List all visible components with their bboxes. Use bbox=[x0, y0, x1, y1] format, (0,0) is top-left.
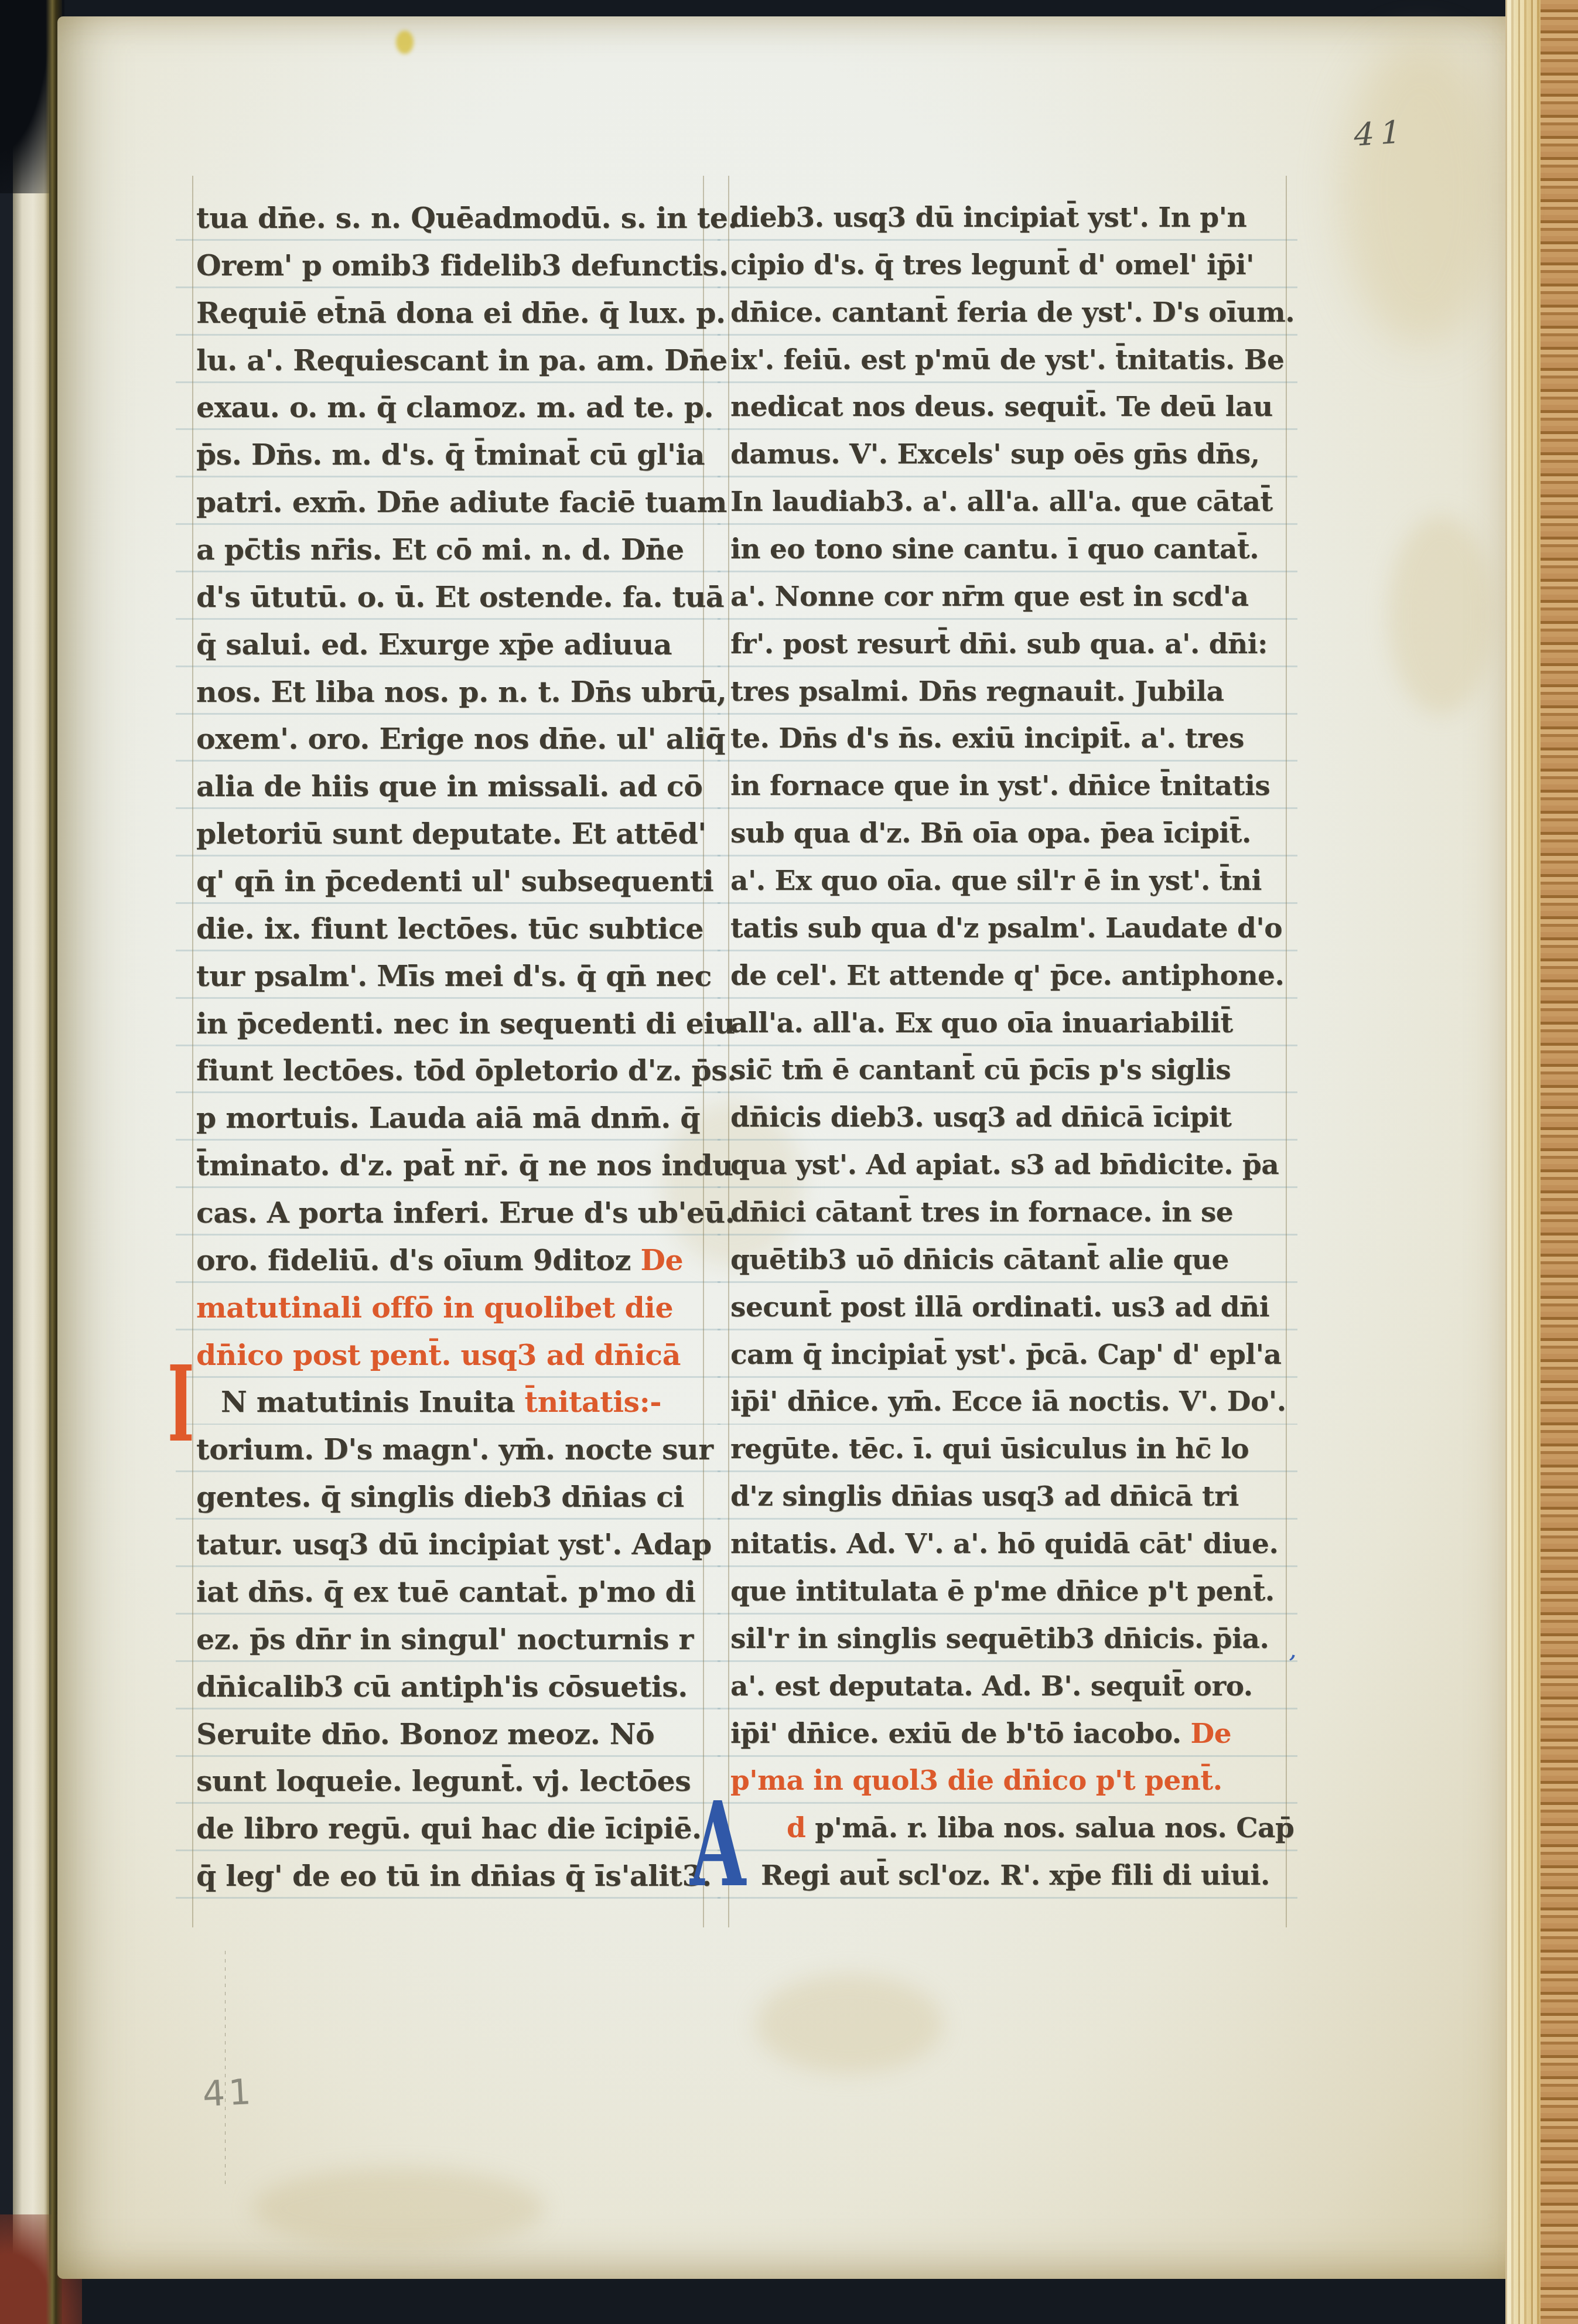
text-line: nitatis. Ad. V'. a'. hō quidā cāt' diue. bbox=[730, 1521, 1287, 1568]
text-line: cas. A porta inferi. Erue d's ub'eū. bbox=[196, 1189, 706, 1237]
body-text: nos. Et liba nos. p. n. t. Dn̄s ubrū, bbox=[196, 675, 726, 709]
body-text: d's ūtutū. o. ū. Et ostende. fa. tuā bbox=[196, 580, 724, 614]
rubric-text: t̄nitatis:- bbox=[525, 1385, 662, 1419]
text-line: oxem'. oro. Erige nos dn̄e. ul' aliq̄ bbox=[196, 715, 706, 763]
body-text: Orem' p omib3 fidelib3 defunctis. bbox=[196, 248, 728, 282]
text-line: oro. fideliū. d's oīum 9ditoz De bbox=[196, 1237, 706, 1284]
body-text: tur psalm'. Mīs mei d's. q̄ qn̄ nec bbox=[196, 959, 712, 993]
text-line: d's ūtutū. o. ū. Et ostende. fa. tuā bbox=[196, 574, 706, 621]
text-line: cam q̄ incipiat̄ yst'. p̄cā. Cap' d' epl… bbox=[730, 1332, 1287, 1379]
text-line: p̄s. Dn̄s. m. d's. q̄ t̄minat̄ cū gl'ia bbox=[196, 431, 706, 479]
body-text: alia de hiis que in missali. ad cō bbox=[196, 769, 703, 803]
body-text: Requiē et̄nā dona ei dn̄e. q̄ lux. p. bbox=[196, 296, 726, 330]
body-text: d'z singlis dn̄ias usq3 ad dn̄icā tri bbox=[730, 1480, 1239, 1513]
column-rule bbox=[192, 176, 193, 1927]
body-text: gentes. q̄ singlis dieb3 dn̄ias ci bbox=[196, 1480, 684, 1514]
body-text: lu. a'. Requiescant in pa. am. Dn̄e bbox=[196, 343, 727, 377]
rubric-text: De bbox=[640, 1243, 683, 1277]
body-text: secunt̄ post illā ordinati. us3 ad dn̄i bbox=[730, 1291, 1269, 1323]
body-text: t̄minato. d'z. pat̄ nr̄. q̄ ne nos indu bbox=[196, 1148, 733, 1182]
text-line: dn̄icis dieb3. usq3 ad dn̄icā īcipit bbox=[730, 1094, 1287, 1142]
text-line: ip̄i' dn̄ice. ym̄. Ecce iā noctis. V'. D… bbox=[730, 1378, 1287, 1426]
text-line: dn̄icalib3 cū antiph'is cōsuetis. bbox=[196, 1663, 706, 1711]
body-text: sunt loqueie. legunt̄. vj. lectōes bbox=[196, 1764, 691, 1798]
text-line: p mortuis. Lauda aiā mā dnm̄. q̄ bbox=[196, 1094, 706, 1142]
text-line: tatur. usq3 dū incipiat yst'. Adap bbox=[196, 1521, 706, 1568]
fore-edge-stack bbox=[1541, 0, 1578, 2324]
column-rule bbox=[728, 176, 729, 1927]
body-text: de libro regū. qui hac die īcipiē. bbox=[196, 1811, 702, 1845]
body-text: te. Dn̄s d's n̄s. exiū incipit̄. a'. tre… bbox=[730, 722, 1244, 755]
body-text: oro. fideliū. d's oīum 9ditoz bbox=[196, 1243, 640, 1277]
rubric-text: dn̄ico post pent̄. usq3 ad dn̄icā bbox=[196, 1338, 681, 1372]
parchment-stain bbox=[756, 1974, 943, 2074]
manuscript-photo: 41 41 tua dn̄e. s. n. Quēadmodū. s. in t… bbox=[0, 0, 1578, 2324]
body-text: dn̄icalib3 cū antiph'is cōsuetis. bbox=[196, 1670, 688, 1704]
body-text: patri. exm̄. Dn̄e adiute faciē tuam bbox=[196, 485, 727, 519]
text-line: Regi aut̄ scl'oz. R'. xp̄e fili di uiui. bbox=[730, 1852, 1287, 1900]
body-text: damus. V'. Excels' sup oēs gn̄s dn̄s, bbox=[730, 438, 1260, 470]
body-text: a'. est deputata. Ad. B'. sequit̄ oro. bbox=[730, 1670, 1253, 1702]
text-line: torium. D's magn'. ym̄. nocte sur bbox=[196, 1426, 706, 1473]
text-line: fiunt lectōes. tōd ōpletorio d'z. p̄s. bbox=[196, 1047, 706, 1094]
text-line: t̄minato. d'z. pat̄ nr̄. q̄ ne nos indu bbox=[196, 1142, 706, 1189]
text-line: sil'r in singlis sequētib3 dn̄icis. p̄ia… bbox=[730, 1616, 1287, 1663]
body-text: nitatis. Ad. V'. a'. hō quidā cāt' diue. bbox=[730, 1528, 1278, 1560]
text-line: exau. o. m. q̄ clamoz. m. ad te. p. bbox=[196, 384, 706, 431]
body-text: dieb3. usq3 dū incipiat̄ yst'. In p'n bbox=[730, 202, 1246, 234]
body-text: que intitulata ē p'me dn̄ice p't pent̄. bbox=[730, 1575, 1275, 1608]
body-text: a'. Nonne cor nr̄m que est in scd'a bbox=[730, 581, 1249, 613]
text-line: all'a. all'a. Ex quo oīa inuariabilit̄ bbox=[730, 1000, 1287, 1047]
text-line: sunt loqueie. legunt̄. vj. lectōes bbox=[196, 1757, 706, 1805]
text-line: a pc̄tis nr̄is. Et cō mi. n. d. Dn̄e bbox=[196, 526, 706, 574]
body-text: q' qn̄ in p̄cedenti ul' subsequenti bbox=[196, 864, 713, 898]
body-text: a pc̄tis nr̄is. Et cō mi. n. d. Dn̄e bbox=[196, 533, 684, 567]
body-text: cas. A porta inferi. Erue d's ub'eū. bbox=[196, 1196, 735, 1230]
body-text: ez. p̄s dn̄r in singul' nocturnis r bbox=[196, 1622, 694, 1656]
text-line: gentes. q̄ singlis dieb3 dn̄ias ci bbox=[196, 1473, 706, 1521]
text-line: iat dn̄s. q̄ ex tuē cantat̄. p'mo di bbox=[196, 1568, 706, 1616]
text-line: sic̄ tm̄ ē cantant̄ cū p̄cīs p's siglis bbox=[730, 1047, 1287, 1094]
text-line: Seruite dn̄o. Bonoz meoz. Nō bbox=[196, 1711, 706, 1758]
text-line: nos. Et liba nos. p. n. t. Dn̄s ubrū, bbox=[196, 668, 706, 716]
text-line: ez. p̄s dn̄r in singul' nocturnis r bbox=[196, 1616, 706, 1663]
text-line: quētib3 uō dn̄icis cātant̄ alie que bbox=[730, 1237, 1287, 1284]
body-text: fr'. post resurt̄ dn̄i. sub qua. a'. dn̄… bbox=[730, 628, 1268, 660]
text-line: q̄ leg' de eo tū in dn̄ias q̄ īs'alit3. bbox=[196, 1852, 706, 1900]
text-line: dn̄ico post pent̄. usq3 ad dn̄icā bbox=[196, 1332, 706, 1379]
body-text: dn̄ici cātant̄ tres in fornace. in se bbox=[730, 1196, 1233, 1228]
body-text: In laudiab3. a'. all'a. all'a. que cātat… bbox=[730, 486, 1273, 518]
text-line: Orem' p omib3 fidelib3 defunctis. bbox=[196, 242, 706, 289]
body-text: cam q̄ incipiat̄ yst'. p̄cā. Cap' d' epl… bbox=[730, 1339, 1281, 1371]
body-text: sic̄ tm̄ ē cantant̄ cū p̄cīs p's siglis bbox=[730, 1054, 1231, 1086]
text-line: In laudiab3. a'. all'a. all'a. que cātat… bbox=[730, 479, 1287, 526]
body-text: torium. D's magn'. ym̄. nocte sur bbox=[196, 1432, 713, 1466]
body-text: regūte. tēc. ī. qui ūsiculus in hc̄ lo bbox=[730, 1433, 1249, 1465]
rubric-text: matutinali offō in quolibet die bbox=[196, 1291, 673, 1325]
parchment-stain bbox=[252, 2168, 545, 2250]
body-text: in eo tono sine cantu. ī quo cantat̄. bbox=[730, 533, 1259, 565]
text-line: Requiē et̄nā dona ei dn̄e. q̄ lux. p. bbox=[196, 289, 706, 337]
text-line: patri. exm̄. Dn̄e adiute faciē tuam bbox=[196, 479, 706, 526]
text-line: dn̄ici cātant̄ tres in fornace. in se bbox=[730, 1189, 1287, 1237]
body-text: in fornace que in yst'. dn̄ice t̄nitatis bbox=[730, 770, 1270, 802]
text-line: a'. est deputata. Ad. B'. sequit̄ oro. bbox=[730, 1663, 1287, 1711]
text-line: in p̄cedenti. nec in sequenti di eiu bbox=[196, 1000, 706, 1047]
text-line: fr'. post resurt̄ dn̄i. sub qua. a'. dn̄… bbox=[730, 621, 1287, 668]
body-text: Seruite dn̄o. Bonoz meoz. Nō bbox=[196, 1717, 654, 1751]
folio-number-pencil: 41 bbox=[201, 2072, 255, 2115]
body-text: all'a. all'a. Ex quo oīa inuariabilit̄ bbox=[730, 1007, 1233, 1039]
body-text: tua dn̄e. s. n. Quēadmodū. s. in te. bbox=[196, 201, 737, 235]
body-text: quētib3 uō dn̄icis cātant̄ alie que bbox=[730, 1244, 1229, 1276]
body-text: p'mā. r. liba nos. salua nos. Cap̄ bbox=[815, 1812, 1294, 1844]
body-text: iat dn̄s. q̄ ex tuē cantat̄. p'mo di bbox=[196, 1575, 695, 1609]
text-line: ix'. feiū. est p'mū de yst'. t̄nitatis. … bbox=[730, 337, 1287, 384]
body-text: a'. Ex quo oīa. que sil'r ē in yst'. t̄n… bbox=[730, 865, 1262, 897]
body-text: N matutinis Inuita bbox=[221, 1385, 525, 1419]
parchment-stain bbox=[1388, 516, 1494, 715]
text-line: sub qua d'z. Bn̄ oīa opa. p̄ea īcipit̄. bbox=[730, 810, 1287, 858]
body-text: sil'r in singlis sequētib3 dn̄icis. p̄ia… bbox=[730, 1623, 1269, 1655]
parchment-stain bbox=[1341, 41, 1500, 346]
rubric-text: d bbox=[787, 1812, 815, 1844]
text-line: pletoriū sunt deputate. Et attēd' bbox=[196, 810, 706, 858]
body-text: q̄ leg' de eo tū in dn̄ias q̄ īs'alit3. bbox=[196, 1859, 712, 1893]
text-line: d p'mā. r. liba nos. salua nos. Cap̄ bbox=[730, 1805, 1287, 1852]
body-text: tatis sub qua d'z psalm'. Laudate d'o bbox=[730, 912, 1282, 944]
text-line: nedicat nos deus. sequit̄. Te deū lau bbox=[730, 384, 1287, 431]
body-text: fiunt lectōes. tōd ōpletorio d'z. p̄s. bbox=[196, 1053, 737, 1087]
body-text: pletoriū sunt deputate. Et attēd' bbox=[196, 817, 706, 851]
body-text: tatur. usq3 dū incipiat yst'. Adap bbox=[196, 1527, 712, 1561]
red-initial-I: I bbox=[168, 1352, 194, 1456]
text-line: de cel'. Et attende q' p̄ce. antiphone. bbox=[730, 953, 1287, 1000]
text-line: dn̄ice. cantant̄ feria de yst'. D's oīum… bbox=[730, 289, 1287, 337]
text-line: alia de hiis que in missali. ad cō bbox=[196, 763, 706, 810]
blue-initial-A: A bbox=[690, 1787, 746, 1903]
text-line: tatis sub qua d'z psalm'. Laudate d'o bbox=[730, 905, 1287, 953]
body-text: qua yst'. Ad apiat. s3 ad bn̄dicite. p̄a bbox=[730, 1149, 1279, 1181]
body-text: p̄s. Dn̄s. m. d's. q̄ t̄minat̄ cū gl'ia bbox=[196, 438, 705, 472]
text-line: de libro regū. qui hac die īcipiē. bbox=[196, 1805, 706, 1852]
text-line: lu. a'. Requiescant in pa. am. Dn̄e bbox=[196, 337, 706, 384]
body-text: dn̄ice. cantant̄ feria de yst'. D's oīum… bbox=[730, 296, 1294, 329]
text-line: matutinali offō in quolibet die bbox=[196, 1284, 706, 1332]
text-line: N matutinis Inuita t̄nitatis:- bbox=[196, 1378, 706, 1426]
text-line: secunt̄ post illā ordinati. us3 ad dn̄i bbox=[730, 1284, 1287, 1332]
text-line: q' qn̄ in p̄cedenti ul' subsequenti bbox=[196, 858, 706, 905]
text-line: p'ma in quol3 die dn̄ico p't pent̄. bbox=[730, 1757, 1287, 1805]
body-text: die. ix. fiunt lectōes. tūc subtice bbox=[196, 912, 703, 946]
text-column-left: tua dn̄e. s. n. Quēadmodū. s. in te.Orem… bbox=[196, 194, 706, 1900]
body-text: in p̄cedenti. nec in sequenti di eiu bbox=[196, 1006, 735, 1040]
body-text: ip̄i' dn̄ice. exiū de b'tō iacobo. bbox=[730, 1718, 1190, 1750]
text-line: ip̄i' dn̄ice. exiū de b'tō iacobo. De bbox=[730, 1711, 1287, 1758]
text-line: die. ix. fiunt lectōes. tūc subtice bbox=[196, 905, 706, 953]
body-text: de cel'. Et attende q' p̄ce. antiphone. bbox=[730, 960, 1284, 992]
text-line: damus. V'. Excels' sup oēs gn̄s dn̄s, bbox=[730, 431, 1287, 479]
body-text: q̄ salui. ed. Exurge xp̄e adiuua bbox=[196, 627, 672, 661]
previous-page-edges bbox=[13, 0, 49, 2324]
binding-shadow bbox=[0, 0, 14, 2324]
text-line: a'. Ex quo oīa. que sil'r ē in yst'. t̄n… bbox=[730, 858, 1287, 905]
folio-number-top: 41 bbox=[1351, 113, 1410, 153]
text-line: tres psalmi. Dn̄s regnauit. Jubila bbox=[730, 668, 1287, 716]
text-line: regūte. tēc. ī. qui ūsiculus in hc̄ lo bbox=[730, 1426, 1287, 1473]
body-text: dn̄icis dieb3. usq3 ad dn̄icā īcipit bbox=[730, 1101, 1231, 1134]
body-text: cipio d's. q̄ tres legunt̄ d' omel' ip̄i… bbox=[730, 249, 1254, 281]
body-text: nedicat nos deus. sequit̄. Te deū lau bbox=[730, 391, 1273, 423]
page-curl-edge bbox=[1505, 0, 1544, 2324]
text-line: d'z singlis dn̄ias usq3 ad dn̄icā tri bbox=[730, 1473, 1287, 1521]
text-line: que intitulata ē p'me dn̄ice p't pent̄. bbox=[730, 1568, 1287, 1616]
body-text: Regi aut̄ scl'oz. R'. xp̄e fili di uiui. bbox=[761, 1859, 1270, 1892]
body-text: exau. o. m. q̄ clamoz. m. ad te. p. bbox=[196, 390, 713, 424]
text-line: a'. Nonne cor nr̄m que est in scd'a bbox=[730, 574, 1287, 621]
body-text: ix'. feiū. est p'mū de yst'. t̄nitatis. … bbox=[730, 344, 1284, 376]
dotted-rule bbox=[225, 1951, 226, 2185]
text-line: qua yst'. Ad apiat. s3 ad bn̄dicite. p̄a bbox=[730, 1142, 1287, 1189]
text-line: in eo tono sine cantu. ī quo cantat̄. bbox=[730, 526, 1287, 574]
body-text: p mortuis. Lauda aiā mā dnm̄. q̄ bbox=[196, 1101, 700, 1135]
body-text: oxem'. oro. Erige nos dn̄e. ul' aliq̄ bbox=[196, 722, 725, 756]
text-line: dieb3. usq3 dū incipiat̄ yst'. In p'n bbox=[730, 194, 1287, 242]
ink-stain bbox=[396, 30, 414, 54]
rubric-text: De bbox=[1190, 1718, 1231, 1750]
text-line: te. Dn̄s d's n̄s. exiū incipit̄. a'. tre… bbox=[730, 715, 1287, 763]
text-line: cipio d's. q̄ tres legunt̄ d' omel' ip̄i… bbox=[730, 242, 1287, 289]
body-text: ip̄i' dn̄ice. ym̄. Ecce iā noctis. V'. D… bbox=[730, 1385, 1286, 1418]
rubric-text: p'ma in quol3 die dn̄ico p't pent̄. bbox=[730, 1765, 1222, 1797]
body-text: sub qua d'z. Bn̄ oīa opa. p̄ea īcipit̄. bbox=[730, 817, 1251, 849]
text-line: in fornace que in yst'. dn̄ice t̄nitatis bbox=[730, 763, 1287, 810]
body-text: tres psalmi. Dn̄s regnauit. Jubila bbox=[730, 675, 1224, 708]
text-line: tur psalm'. Mīs mei d's. q̄ qn̄ nec bbox=[196, 953, 706, 1000]
text-column-right: dieb3. usq3 dū incipiat̄ yst'. In p'ncip… bbox=[730, 194, 1287, 1900]
text-line: tua dn̄e. s. n. Quēadmodū. s. in te. bbox=[196, 194, 706, 242]
text-line: q̄ salui. ed. Exurge xp̄e adiuua bbox=[196, 621, 706, 668]
